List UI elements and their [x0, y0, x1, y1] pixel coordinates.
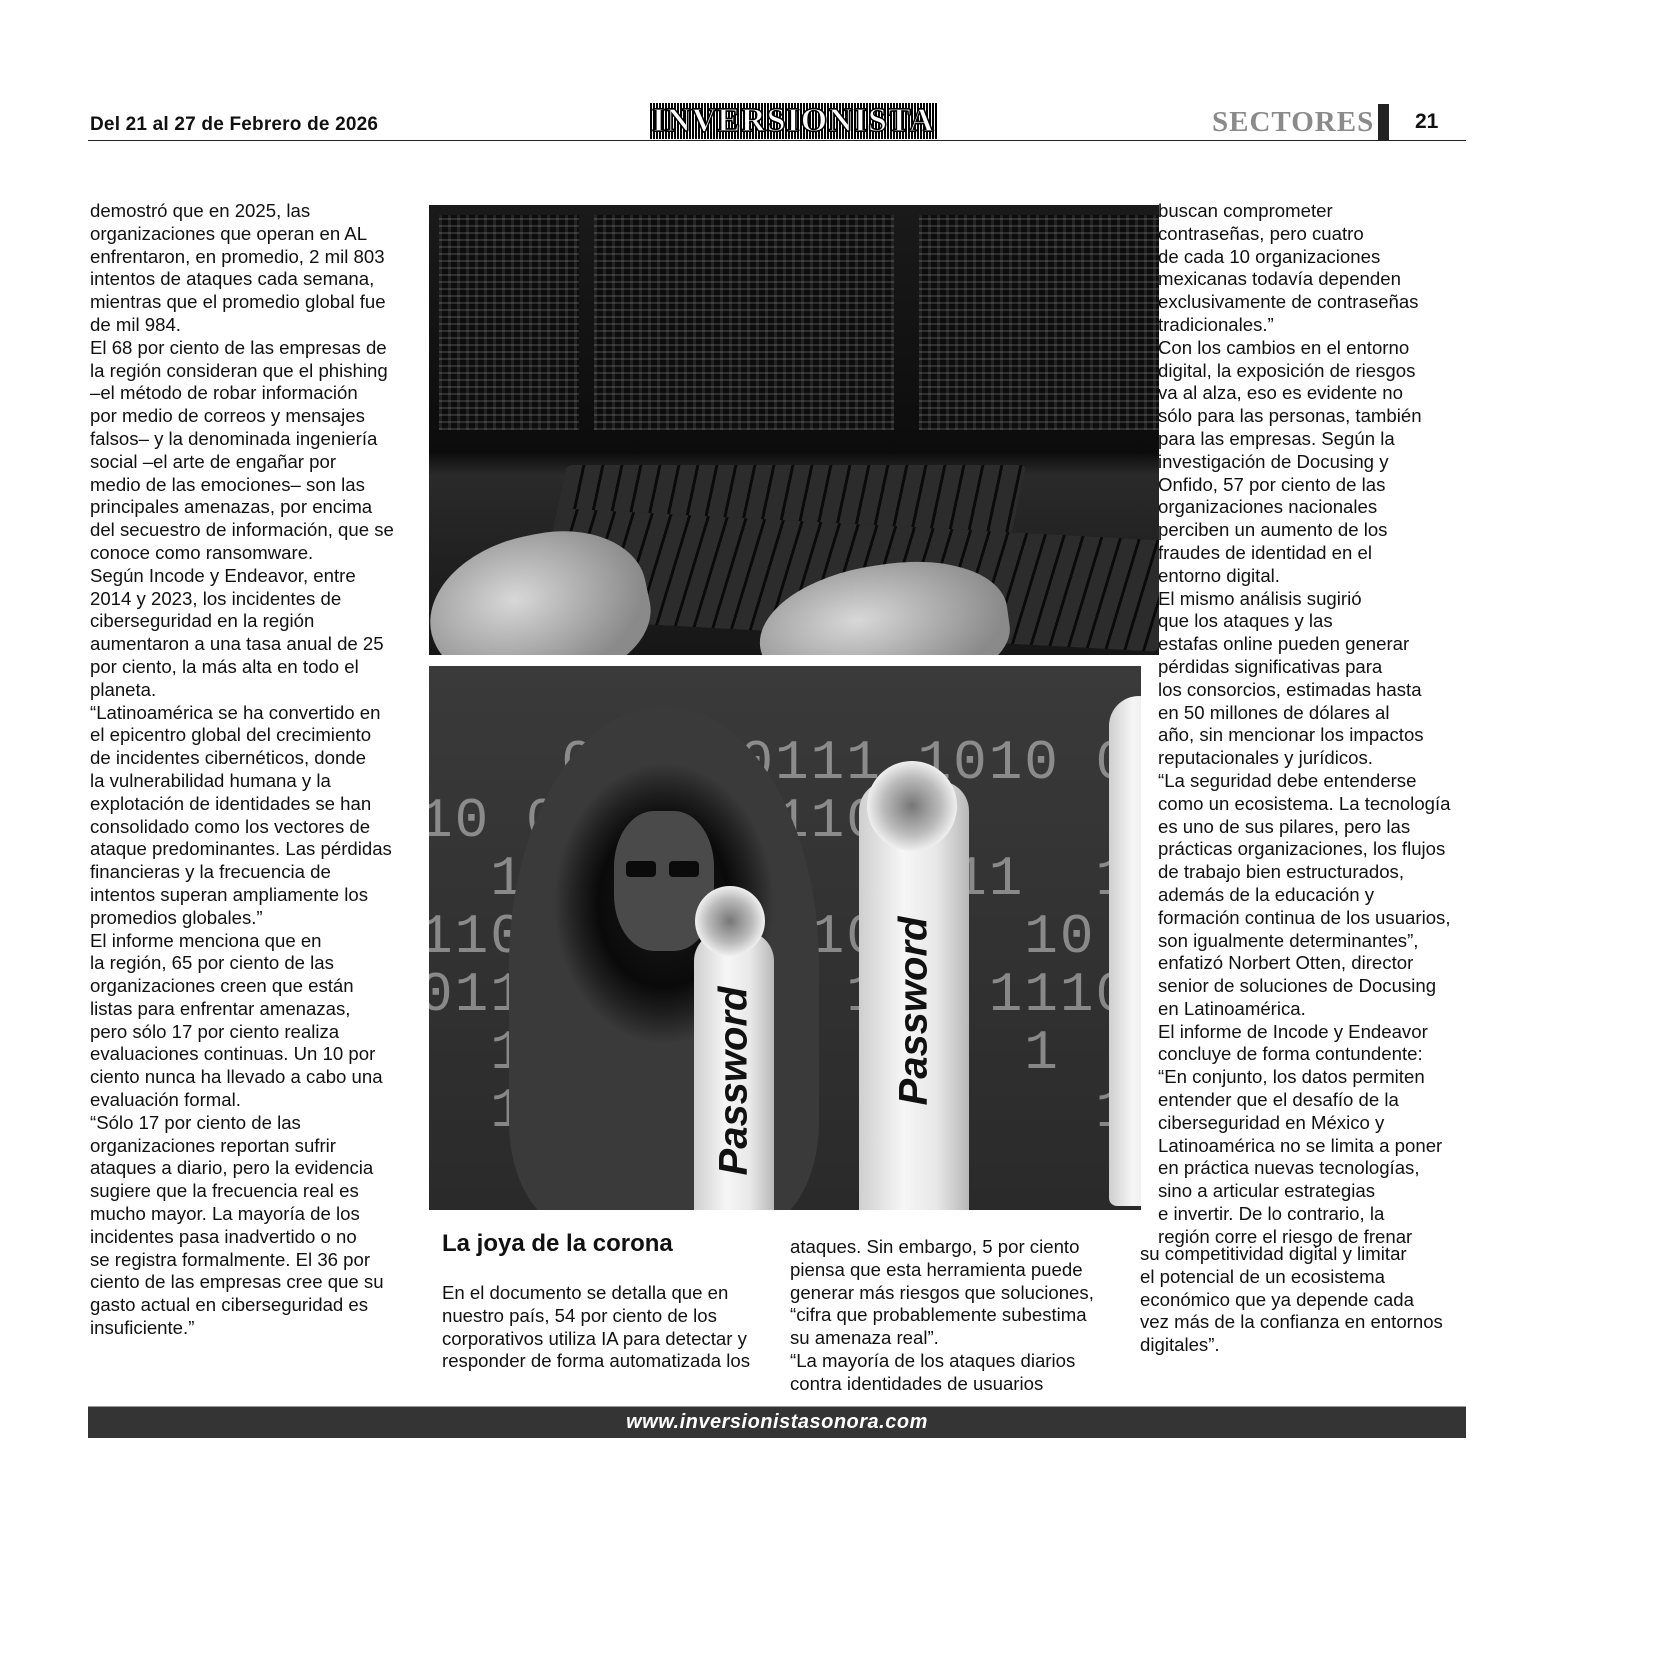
text-line: tradicionales.” — [1158, 314, 1478, 337]
text-line: Con los cambios en el entorno — [1158, 337, 1478, 360]
text-line: mucho mayor. La mayoría de los — [90, 1203, 410, 1226]
text-line: fraudes de identidad en el — [1158, 542, 1478, 565]
text-line: por ciento, la más alta en todo el — [90, 656, 410, 679]
text-line: año, sin mencionar los impactos — [1158, 724, 1478, 747]
text-line: “En conjunto, los datos permiten — [1158, 1066, 1478, 1089]
password-strip-right — [1109, 696, 1141, 1206]
text-line: –el método de robar información — [90, 382, 410, 405]
text-line: “Sólo 17 por ciento de las — [90, 1112, 410, 1135]
photo-hacker-password: 0110 0111 1010 0101 11 10 01010 0110 01 … — [429, 666, 1141, 1210]
text-line: social –el arte de engañar por — [90, 451, 410, 474]
text-line: de trabajo bien estructurados, — [1158, 861, 1478, 884]
text-line: el epicentro global del crecimiento — [90, 724, 410, 747]
text-line: En el documento se detalla que en — [442, 1282, 772, 1305]
text-line: estafas online pueden generar — [1158, 633, 1478, 656]
text-line: del secuestro de información, que se — [90, 519, 410, 542]
monitor-left — [439, 215, 579, 430]
text-line: El mismo análisis sugirió — [1158, 588, 1478, 611]
masthead-text: INVERSIONISTA — [650, 103, 937, 139]
seal-icon — [695, 886, 765, 956]
text-line: para las empresas. Según la — [1158, 428, 1478, 451]
text-line: principales amenazas, por encima — [90, 496, 410, 519]
text-line: va al alza, eso es evidente no — [1158, 382, 1478, 405]
text-line: digitales”. — [1140, 1334, 1470, 1357]
text-line: “cifra que probablemente subestima — [790, 1304, 1120, 1327]
text-line: mexicanas todavía dependen — [1158, 268, 1478, 291]
text-line: exclusivamente de contraseñas — [1158, 291, 1478, 314]
text-line: su competitividad digital y limitar — [1140, 1243, 1470, 1266]
text-line: sino a articular estrategias — [1158, 1180, 1478, 1203]
text-line: su amenaza real”. — [790, 1327, 1120, 1350]
text-line: explotación de identidades se han — [90, 793, 410, 816]
text-line: Onfido, 57 por ciento de las — [1158, 474, 1478, 497]
text-line: “Latinoamérica se ha convertido en — [90, 702, 410, 725]
text-line: nuestro país, 54 por ciento de los — [442, 1305, 772, 1328]
text-line: contra identidades de usuarios — [790, 1373, 1120, 1396]
text-line: que los ataques y las — [1158, 610, 1478, 633]
sidebar-column-1: En el documento se detalla que ennuestro… — [442, 1282, 772, 1373]
text-line: formación continua de los usuarios, — [1158, 907, 1478, 930]
text-line: el potencial de un ecosistema — [1140, 1266, 1470, 1289]
text-line: mientras que el promedio global fue — [90, 291, 410, 314]
text-line: la vulnerabilidad humana y la — [90, 770, 410, 793]
text-line: concluye de forma contundente: — [1158, 1043, 1478, 1066]
photo-hands-keyboard — [429, 205, 1159, 655]
text-line: El 68 por ciento de las empresas de — [90, 337, 410, 360]
monitor-center — [594, 215, 894, 430]
text-line: corporativos utiliza IA para detectar y — [442, 1328, 772, 1351]
text-line: buscan comprometer — [1158, 200, 1478, 223]
text-line: financieras y la frecuencia de — [90, 861, 410, 884]
text-line: senior de soluciones de Docusing — [1158, 975, 1478, 998]
text-line: sólo para las personas, también — [1158, 405, 1478, 428]
text-line: piensa que esta herramienta puede — [790, 1259, 1120, 1282]
text-line: planeta. — [90, 679, 410, 702]
text-line: aumentaron a una tasa anual de 25 — [90, 633, 410, 656]
text-line: la región, 65 por ciento de las — [90, 952, 410, 975]
text-line: intentos de ataques cada semana, — [90, 268, 410, 291]
text-line: ciento nunca ha llevado a cabo una — [90, 1066, 410, 1089]
text-line: consolidado como los vectores de — [90, 816, 410, 839]
text-line: perciben un aumento de los — [1158, 519, 1478, 542]
text-line: ciberseguridad en México y — [1158, 1112, 1478, 1135]
text-line: promedios globales.” — [90, 907, 410, 930]
text-line: se registra formalmente. El 36 por — [90, 1249, 410, 1272]
subheading: La joya de la corona — [442, 1230, 673, 1258]
section-label: SECTORES — [1212, 106, 1374, 139]
text-line: insuficiente.” — [90, 1317, 410, 1340]
text-line: por medio de correos y mensajes — [90, 405, 410, 428]
text-line: pero sólo 17 por ciento realiza — [90, 1021, 410, 1044]
text-line: son igualmente determinantes”, — [1158, 930, 1478, 953]
text-line: la región consideran que el phishing — [90, 360, 410, 383]
text-line: El informe de Incode y Endeavor — [1158, 1021, 1478, 1044]
text-line: gasto actual en ciberseguridad es — [90, 1294, 410, 1317]
text-line: medio de las emociones– son las — [90, 474, 410, 497]
text-line: de mil 984. — [90, 314, 410, 337]
text-line: generar más riesgos que soluciones, — [790, 1282, 1120, 1305]
article-column-right: buscan comprometercontraseñas, pero cuat… — [1158, 200, 1478, 1249]
text-line: entender que el desafío de la — [1158, 1089, 1478, 1112]
text-line: en 50 millones de dólares al — [1158, 702, 1478, 725]
text-line: evaluación formal. — [90, 1089, 410, 1112]
article-column-left: demostró que en 2025, lasorganizaciones … — [90, 200, 410, 1340]
page-number: 21 — [1415, 110, 1438, 134]
section-marker-bar — [1378, 104, 1389, 140]
text-line: Latinoamérica no se limita a poner — [1158, 1135, 1478, 1158]
article-column-right-tail: su competitividad digital y limitarel po… — [1140, 1243, 1470, 1357]
text-line: Según Incode y Endeavor, entre — [90, 565, 410, 588]
header-rule — [88, 140, 1466, 141]
text-line: organizaciones creen que están — [90, 975, 410, 998]
text-line: “La mayoría de los ataques diarios — [790, 1350, 1120, 1373]
text-line: de cada 10 organizaciones — [1158, 246, 1478, 269]
text-line: “La seguridad debe entenderse — [1158, 770, 1478, 793]
text-line: demostró que en 2025, las — [90, 200, 410, 223]
footer-bar: www.inversionistasonora.com — [88, 1406, 1466, 1438]
text-line: ciento de las empresas cree que su — [90, 1271, 410, 1294]
password-strip-left: Password — [694, 931, 774, 1210]
sidebar-column-2: ataques. Sin embargo, 5 por cientopiensa… — [790, 1236, 1120, 1396]
text-line: reputacionales y jurídicos. — [1158, 747, 1478, 770]
text-line: enfrentaron, en promedio, 2 mil 803 — [90, 246, 410, 269]
text-line: los consorcios, estimadas hasta — [1158, 679, 1478, 702]
text-line: organizaciones reportan sufrir — [90, 1135, 410, 1158]
text-line: además de la educación y — [1158, 884, 1478, 907]
mask-eye-left — [626, 861, 656, 877]
text-line: de incidentes cibernéticos, donde — [90, 747, 410, 770]
seal-icon — [867, 761, 957, 851]
text-line: responder de forma automatizada los — [442, 1350, 772, 1373]
text-line: contraseñas, pero cuatro — [1158, 223, 1478, 246]
text-line: listas para enfrentar amenazas, — [90, 998, 410, 1021]
text-line: ataques a diario, pero la evidencia — [90, 1157, 410, 1180]
monitor-right — [919, 215, 1159, 430]
text-line: digital, la exposición de riesgos — [1158, 360, 1478, 383]
issue-date: Del 21 al 27 de Febrero de 2026 — [90, 114, 378, 136]
masthead-logo: INVERSIONISTA — [650, 103, 937, 139]
text-line: en práctica nuevas tecnologías, — [1158, 1157, 1478, 1180]
text-line: evaluaciones continuas. Un 10 por — [90, 1043, 410, 1066]
website-url[interactable]: www.inversionistasonora.com — [626, 1411, 928, 1434]
text-line: prácticas organizaciones, los flujos — [1158, 838, 1478, 861]
text-line: económico que ya depende cada — [1140, 1289, 1470, 1312]
text-line: entorno digital. — [1158, 565, 1478, 588]
text-line: como un ecosistema. La tecnología — [1158, 793, 1478, 816]
text-line: es uno de sus pilares, pero las — [1158, 816, 1478, 839]
text-line: incidentes pasa inadvertido o no — [90, 1226, 410, 1249]
text-line: ataques. Sin embargo, 5 por ciento — [790, 1236, 1120, 1259]
mask-eye-right — [669, 861, 699, 877]
text-line: ataque predominantes. Las pérdidas — [90, 838, 410, 861]
text-line: intentos superan ampliamente los — [90, 884, 410, 907]
text-line: El informe menciona que en — [90, 930, 410, 953]
text-line: investigación de Docusing y — [1158, 451, 1478, 474]
text-line: enfatizó Norbert Otten, director — [1158, 952, 1478, 975]
text-line: e invertir. De lo contrario, la — [1158, 1203, 1478, 1226]
text-line: conoce como ransomware. — [90, 542, 410, 565]
text-line: vez más de la confianza en entornos — [1140, 1311, 1470, 1334]
text-line: falsos– y la denominada ingeniería — [90, 428, 410, 451]
text-line: ciberseguridad en la región — [90, 610, 410, 633]
text-line: organizaciones que operan en AL — [90, 223, 410, 246]
text-line: 2014 y 2023, los incidentes de — [90, 588, 410, 611]
text-line: organizaciones nacionales — [1158, 496, 1478, 519]
text-line: pérdidas significativas para — [1158, 656, 1478, 679]
text-line: sugiere que la frecuencia real es — [90, 1180, 410, 1203]
text-line: en Latinoamérica. — [1158, 998, 1478, 1021]
